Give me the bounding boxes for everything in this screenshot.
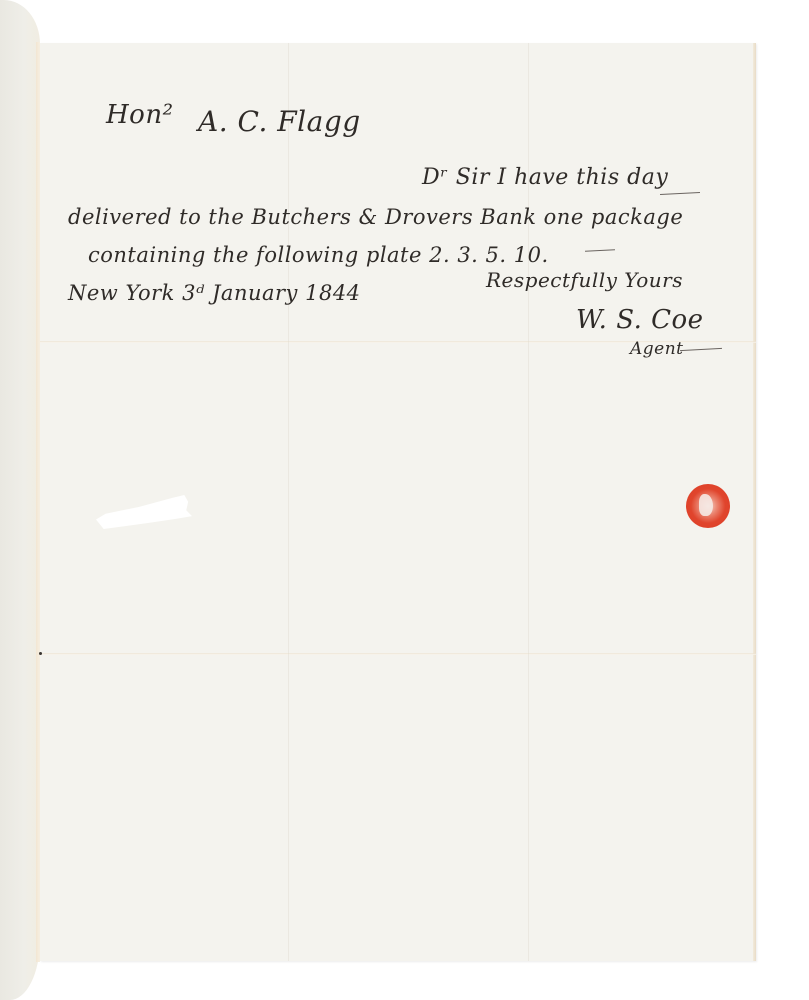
body-line: containing the following plate 2. 3. 5. … bbox=[88, 243, 549, 267]
left-page-curl bbox=[0, 0, 40, 1000]
body-line: delivered to the Butchers & Drovers Bank… bbox=[68, 205, 683, 229]
fold-line-horizontal-lower bbox=[40, 653, 756, 655]
dateline: New York 3ᵈ January 1844 bbox=[68, 281, 361, 305]
letter-sheet: Hon² A. C. Flagg Dʳ Sir I have this day … bbox=[40, 43, 756, 961]
paper-tear bbox=[96, 495, 192, 529]
wax-seal bbox=[686, 484, 730, 528]
fold-line-vertical-left bbox=[288, 43, 289, 961]
greeting-line: Dʳ Sir I have this day bbox=[422, 165, 668, 190]
seal-worn-area bbox=[699, 494, 713, 516]
body-flourish bbox=[585, 249, 615, 252]
sheet-edge bbox=[753, 43, 756, 961]
signature: W. S. Coe bbox=[576, 305, 704, 335]
closing-line: Respectfully Yours bbox=[486, 268, 683, 292]
signer-title: Agent bbox=[630, 339, 684, 359]
fold-ink-mark bbox=[39, 652, 42, 655]
salutation-honorific: Hon² bbox=[106, 100, 174, 130]
letter-photo: Hon² A. C. Flagg Dʳ Sir I have this day … bbox=[0, 0, 809, 1000]
signature-flourish bbox=[680, 348, 722, 351]
addressee-name: A. C. Flagg bbox=[198, 105, 361, 138]
greeting-flourish bbox=[660, 192, 700, 195]
